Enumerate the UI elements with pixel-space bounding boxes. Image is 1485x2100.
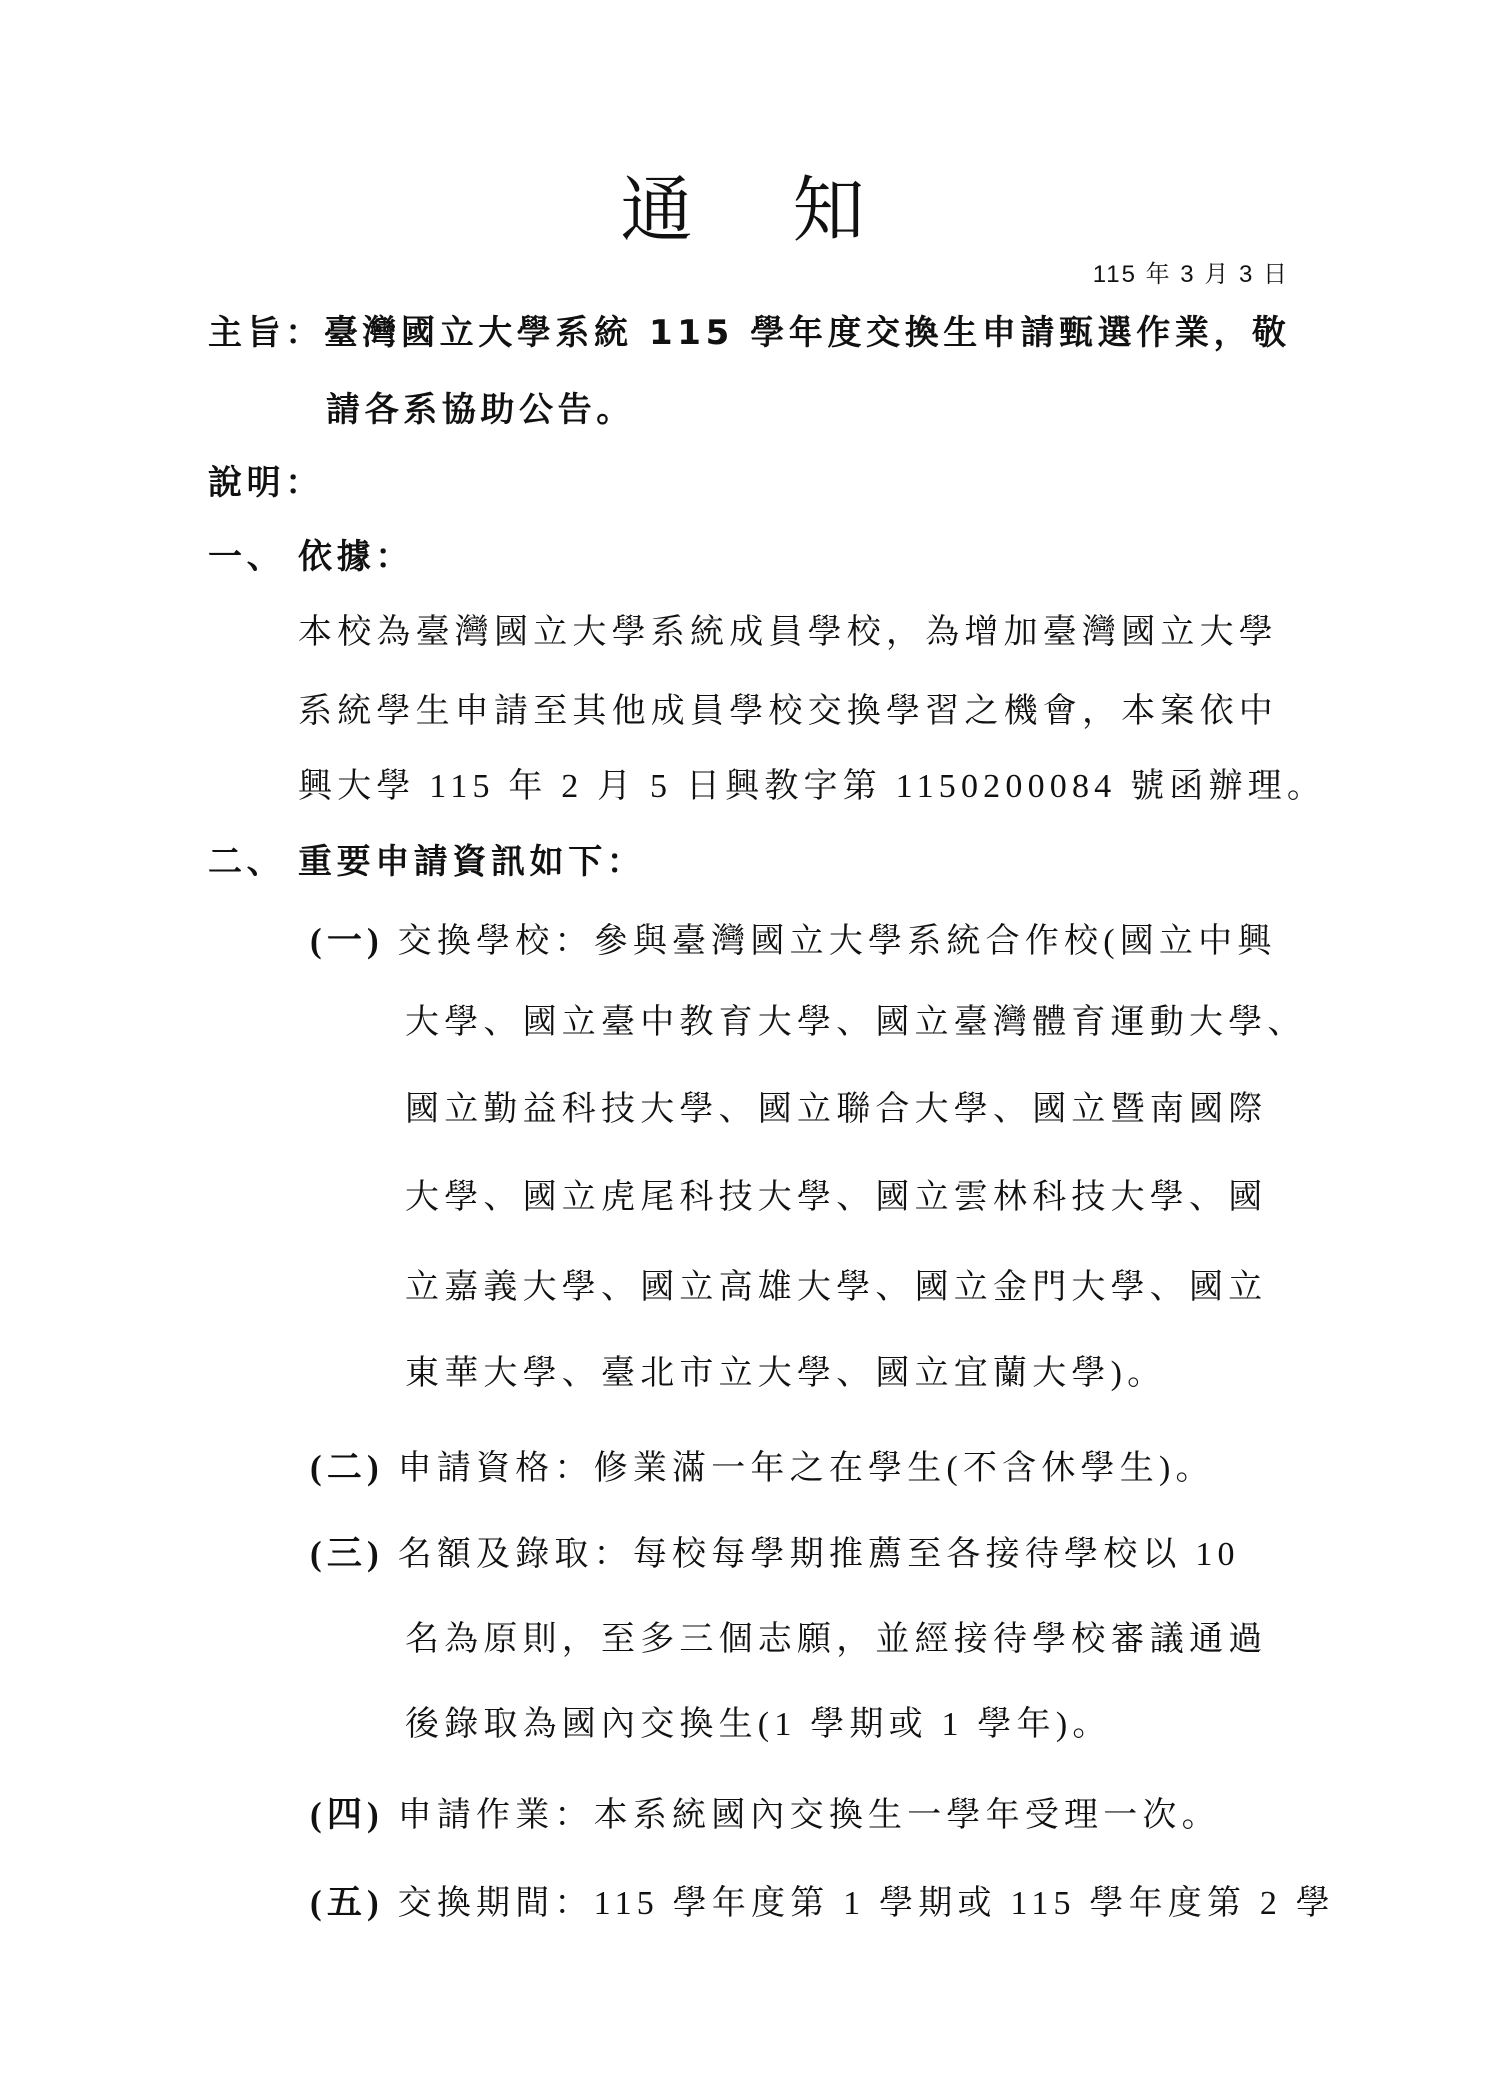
item-1-label: (一) [310,921,384,960]
section-1-body-line: 本校為臺灣國立大學系統成員學校，為增加臺灣國立大學 [298,616,1278,650]
section-1-number: 一、 [208,540,298,574]
item-2: (二) 申請資格：修業滿一年之在學生(不含休學生)。 [310,1450,1215,1486]
section-2-heading: 二、重要申請資訊如下： [208,845,645,879]
item-1-line: 國立勤益科技大學、國立聯合大學、國立暨南國際 [405,1093,1267,1127]
item-2-line: 申請資格：修業滿一年之在學生(不含休學生)。 [398,1450,1215,1487]
item-2-label: (二) [310,1448,384,1487]
section-1-body-line: 系統學生申請至其他成員學校交換學習之機會，本案依中 [298,695,1278,729]
item-1-line: 立嘉義大學、國立高雄大學、國立金門大學、國立 [405,1271,1267,1305]
item-5: (五) 交換期間：115 學年度第 1 學期或 115 學年度第 2 學 [310,1885,1335,1921]
item-4: (四) 申請作業：本系統國內交換生一學年受理一次。 [310,1797,1221,1833]
item-5-line: 交換期間：115 學年度第 1 學期或 115 學年度第 2 學 [398,1885,1335,1922]
section-2-number: 二、 [208,845,298,879]
item-1: (一) 交換學校：參與臺灣國立大學系統合作校(國立中興 [310,923,1277,959]
item-1-line: 東華大學、臺北市立大學、國立宜蘭大學)。 [405,1357,1166,1391]
section-1-body-line: 興大學 115 年 2 月 5 日興教字第 1150200084 號函辦理。 [298,770,1326,804]
item-3-line: 名為原則，至多三個志願，並經接待學校審議通過 [405,1623,1267,1657]
subject-text-1: 臺灣國立大學系統 115 學年度交換生申請甄選作業，敬 [324,313,1291,353]
item-3-line: 後錄取為國內交換生(1 學期或 1 學年)。 [405,1708,1112,1742]
subject-line-1: 主旨：臺灣國立大學系統 115 學年度交換生申請甄選作業，敬 [208,316,1291,350]
item-1-line: 交換學校：參與臺灣國立大學系統合作校(國立中興 [398,923,1277,960]
section-1-heading: 一、依據： [208,540,414,574]
section-2-title: 重要申請資訊如下： [298,842,645,882]
item-3: (三) 名額及錄取：每校每學期推薦至各接待學校以 10 [310,1536,1240,1572]
item-5-label: (五) [310,1883,384,1922]
item-4-label: (四) [310,1795,384,1834]
item-3-line: 名額及錄取：每校每學期推薦至各接待學校以 10 [398,1536,1240,1573]
section-1-title: 依據： [298,537,414,577]
item-1-line: 大學、國立虎尾科技大學、國立雲林科技大學、國 [405,1181,1267,1215]
item-4-line: 申請作業：本系統國內交換生一學年受理一次。 [398,1797,1221,1834]
document-title: 通知 [0,175,1485,247]
title-char-1: 通 [620,171,692,251]
item-1-line: 大學、國立臺中教育大學、國立臺灣體育運動大學、 [405,1006,1307,1040]
subject-label: 主旨： [208,313,324,353]
explanation-label: 說明： [208,466,324,500]
title-char-2: 知 [793,171,865,251]
document-date: 115 年 3 月 3 日 [1093,263,1289,287]
item-3-label: (三) [310,1534,384,1573]
subject-line-2: 請各系協助公告。 [326,393,635,427]
